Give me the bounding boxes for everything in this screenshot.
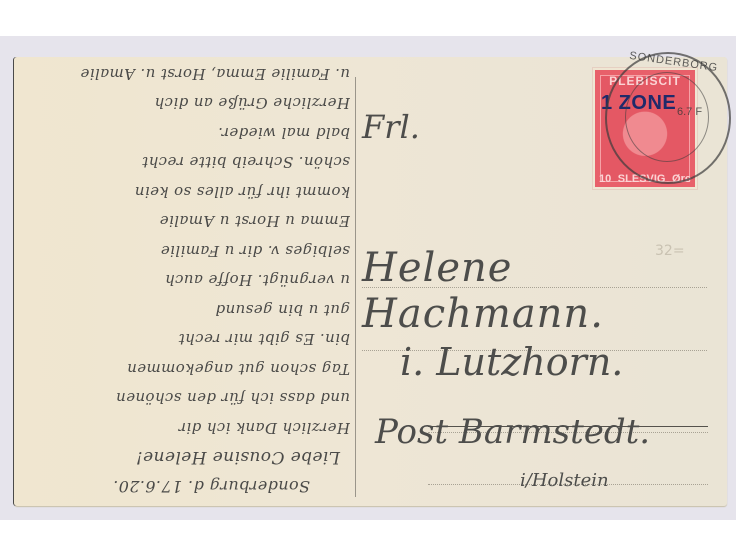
message-line: Herzliche Grüße an dich: [20, 88, 350, 118]
message-line: und dass ich für den schönen: [20, 383, 350, 413]
message-line: bald mal wieder.: [20, 118, 350, 148]
stamp-value: 10: [599, 173, 611, 185]
message-upside-down: Sonderburg d. 17.6.20. Liebe Cousine Hel…: [20, 61, 350, 501]
message-greeting: Liebe Cousine Helene!: [20, 442, 350, 472]
message-line: bin. Es gibt mir recht: [20, 324, 350, 354]
pencil-price-note: 32=: [655, 243, 685, 259]
address-title: Frl.: [362, 108, 420, 146]
message-line: Emma u Horst u Amalie: [20, 206, 350, 236]
message-line: selbiges v. dir u Familie: [20, 236, 350, 266]
message-line: u. Familie Emma, Horst u. Amalie: [20, 59, 350, 89]
message-line: kommt ihr für alles so kein: [20, 177, 350, 207]
address-post: Post Barmstedt.: [375, 412, 650, 452]
address-city: i. Lutzhorn.: [400, 340, 623, 384]
address-region: i/Holstein: [520, 470, 609, 491]
message-date: Sonderburg d. 17.6.20.: [20, 472, 350, 502]
postmark-cancel: SONDERBORG 6.7 F: [605, 52, 731, 184]
message-line: Herzlich Dank ich dir: [20, 413, 350, 443]
message-line: Tag schon gut angekommen: [20, 354, 350, 384]
card-divider: [355, 77, 356, 497]
message-line: gut u bin gesund: [20, 295, 350, 325]
postmark-date: 6.7 F: [677, 106, 702, 118]
message-line: u vergnügt. Hoffe auch: [20, 265, 350, 295]
message-line: schön. Schreib bitte recht: [20, 147, 350, 177]
